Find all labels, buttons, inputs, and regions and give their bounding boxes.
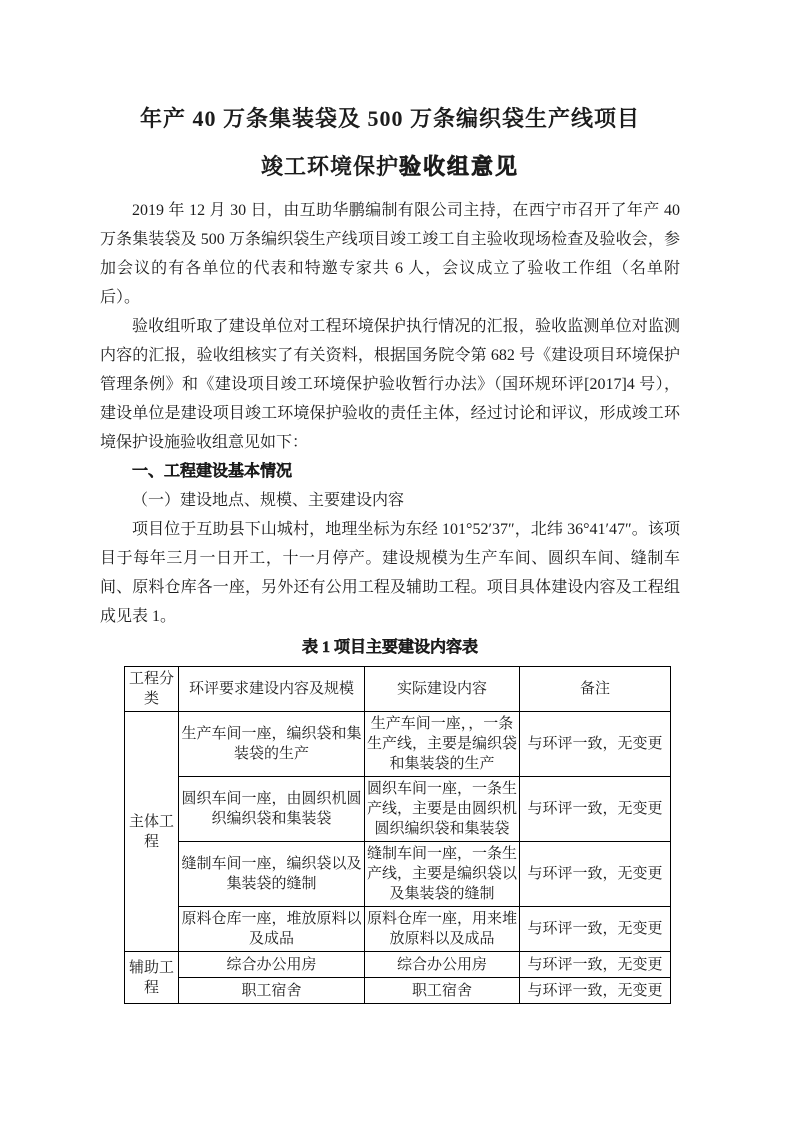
header-cell-project-category: 工程分类 (125, 667, 179, 712)
table-row: 圆织车间一座，由圆织机圆织编织袋和集装袋 圆织车间一座，一条生产线，主要是由圆织… (125, 777, 671, 842)
table-cell-eia: 职工宿舍 (179, 978, 365, 1004)
table-cell-actual: 圆织车间一座，一条生产线，主要是由圆织机圆织编织袋和集装袋 (365, 777, 520, 842)
table-row: 职工宿舍 职工宿舍 与环评一致，无变更 (125, 978, 671, 1004)
subsection-heading-1-1: （一）建设地点、规模、主要建设内容 (100, 486, 680, 515)
title-line2-heavy: 验收组意见 (399, 154, 519, 179)
table-cell-eia: 圆织车间一座，由圆织机圆织编织袋和集装袋 (179, 777, 365, 842)
paragraph-meeting-intro: 2019 年 12 月 30 日，由互助华鹏编制有限公司主持，在西宁市召开了年产… (100, 196, 680, 312)
table-cell-actual: 生产车间一座，，一条生产线，主要是编织袋和集装袋的生产 (365, 712, 520, 777)
table-cell-eia: 原料仓库一座，堆放原料以及成品 (179, 907, 365, 952)
table-cell-actual: 原料仓库一座，用来堆放原料以及成品 (365, 907, 520, 952)
header-cell-eia-requirement: 环评要求建设内容及规模 (179, 667, 365, 712)
title-line2-normal: 竣工环境保护 (261, 154, 399, 179)
table1-main-construction: 工程分类 环评要求建设内容及规模 实际建设内容 备注 主体工程 生产车间一座，编… (124, 666, 671, 1004)
table-cell-actual: 职工宿舍 (365, 978, 520, 1004)
table-cell-actual: 缝制车间一座，一条生产线，主要是编织袋以及集装袋的缝制 (365, 842, 520, 907)
table-cell-actual: 综合办公用房 (365, 952, 520, 978)
document-title-line1: 年产 40 万条集装袋及 500 万条编织袋生产线项目 (100, 104, 680, 134)
table-cell-remark: 与环评一致，无变更 (520, 777, 671, 842)
header-cell-remark: 备注 (520, 667, 671, 712)
table-row: 主体工程 生产车间一座，编织袋和集装袋的生产 生产车间一座，，一条生产线，主要是… (125, 712, 671, 777)
table-cell-eia: 缝制车间一座，编织袋以及集装袋的缝制 (179, 842, 365, 907)
document-page: 年产 40 万条集装袋及 500 万条编织袋生产线项目 竣工环境保护验收组意见 … (0, 0, 793, 1122)
section-heading-1: 一、工程建设基本情况 (100, 457, 680, 486)
table-cell-remark: 与环评一致，无变更 (520, 712, 671, 777)
table-cell-remark: 与环评一致，无变更 (520, 842, 671, 907)
table-header-row: 工程分类 环评要求建设内容及规模 实际建设内容 备注 (125, 667, 671, 712)
table-row: 缝制车间一座，编织袋以及集装袋的缝制 缝制车间一座，一条生产线，主要是编织袋以及… (125, 842, 671, 907)
table-row: 辅助工程 综合办公用房 综合办公用房 与环评一致，无变更 (125, 952, 671, 978)
table-row: 原料仓库一座，堆放原料以及成品 原料仓库一座，用来堆放原料以及成品 与环评一致，… (125, 907, 671, 952)
table-cell-remark: 与环评一致，无变更 (520, 907, 671, 952)
category-cell-main-works: 主体工程 (125, 712, 179, 952)
paragraph-review-basis: 验收组听取了建设单位对工程环境保护执行情况的汇报，验收监测单位对监测内容的汇报，… (100, 312, 680, 457)
table-cell-remark: 与环评一致，无变更 (520, 952, 671, 978)
table1-caption: 表 1 项目主要建设内容表 (100, 637, 680, 659)
paragraph-project-location: 项目位于互助县下山城村，地理坐标为东经 101°52′37″，北纬 36°41′… (100, 515, 680, 631)
table-cell-remark: 与环评一致，无变更 (520, 978, 671, 1004)
category-cell-auxiliary-works: 辅助工程 (125, 952, 179, 1004)
header-cell-actual-construction: 实际建设内容 (365, 667, 520, 712)
table-cell-eia: 生产车间一座，编织袋和集装袋的生产 (179, 712, 365, 777)
document-title-line2: 竣工环境保护验收组意见 (100, 152, 680, 182)
table-cell-eia: 综合办公用房 (179, 952, 365, 978)
